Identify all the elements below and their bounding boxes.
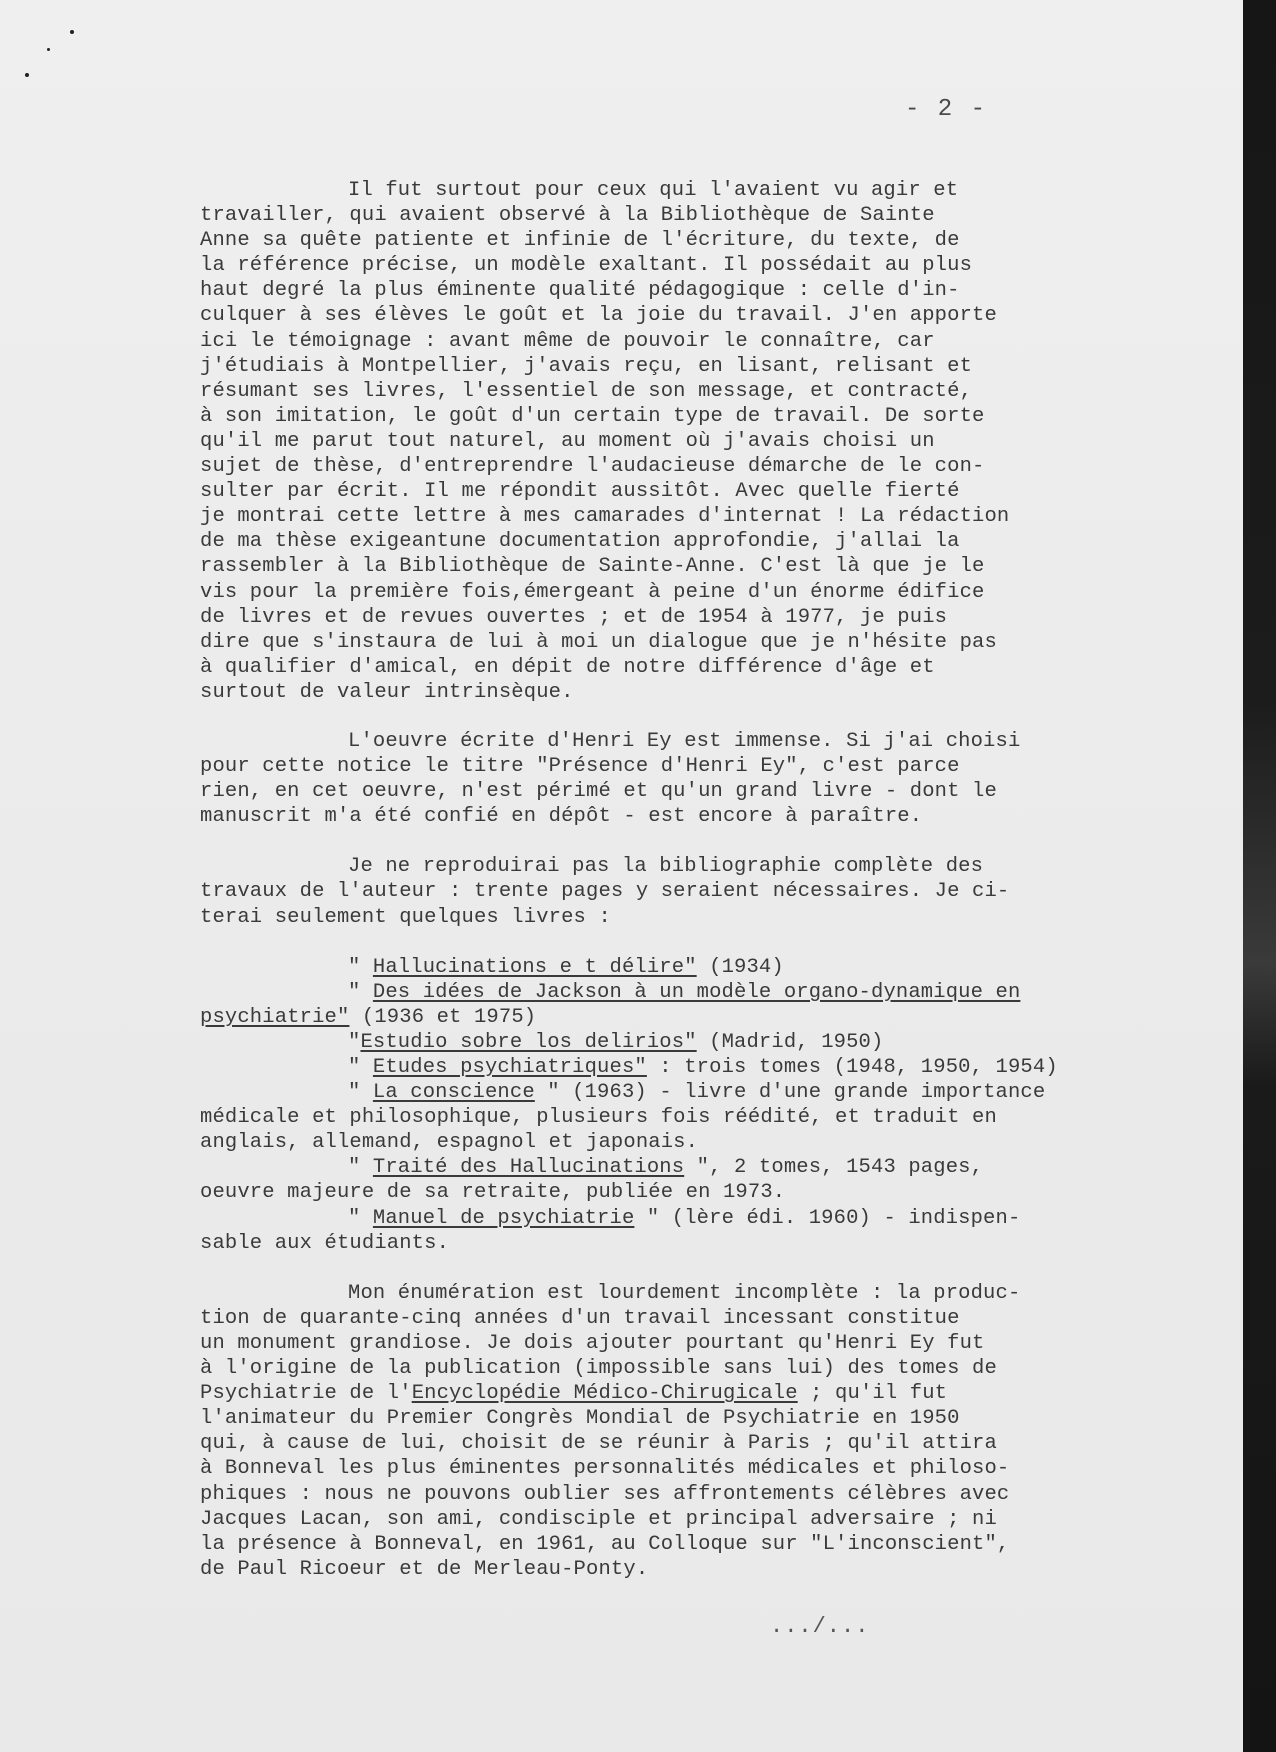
text-line: haut degré la plus éminente qualité péda… [200,278,1200,303]
text-line: Anne sa quête patiente et infinie de l'é… [200,228,1200,253]
text-line: à l'origine de la publication (impossibl… [200,1356,1200,1381]
text-line: de livres et de revues ouvertes ; et de … [200,605,1200,630]
speck-mark [47,48,50,51]
quote-mark: " [348,1056,373,1079]
text-line: la référence précise, un modèle exaltant… [200,253,1200,278]
quote-mark: " [348,1031,360,1054]
text-line: tion de quarante-cinq années d'un travai… [200,1306,1200,1331]
bibliography-entry: " Des idées de Jackson à un modèle organ… [200,980,1200,1005]
text-line: j'étudiais à Montpellier, j'avais reçu, … [200,354,1200,379]
text-line: dire que s'instaura de lui à moi un dial… [200,630,1200,655]
bibliography-continuation: oeuvre majeure de sa retraite, publiée e… [200,1180,1200,1205]
text-line: rien, en cet oeuvre, n'est périmé et qu'… [200,779,1200,804]
book-title: Des idées de Jackson à un modèle organo-… [373,981,1021,1004]
text-fragment: ; qu'il fut [798,1382,947,1405]
book-title: Hallucinations e t délire" [373,956,697,979]
quote-mark: " [348,1156,373,1179]
paragraph-closing: Mon énumération est lourdement incomplèt… [200,1281,1200,1582]
text-line: Il fut surtout pour ceux qui l'avaient v… [200,178,1200,203]
book-title: psychiatrie" [200,1006,349,1029]
text-line: je montrai cette lettre à mes camarades … [200,504,1200,529]
text-line: surtout de valeur intrinsèque. [200,680,1200,705]
speck-mark [70,30,74,34]
text-line: vis pour la première fois,émergeant à pe… [200,580,1200,605]
text-line: de ma thèse exigeantune documentation ap… [200,529,1200,554]
text-line: Je ne reproduirai pas la bibliographie c… [200,854,1200,879]
bibliography-entry: " Manuel de psychiatrie " (lère édi. 196… [200,1206,1200,1231]
book-title: La conscience [373,1081,535,1104]
book-title: Estudio sobre los delirios" [360,1031,696,1054]
book-details: médicale et philosophique, plusieurs foi… [200,1106,997,1129]
bibliography-entry: "Estudio sobre los delirios" (Madrid, 19… [200,1030,1200,1055]
text-line: L'oeuvre écrite d'Henri Ey est immense. … [200,729,1200,754]
text-line: la présence à Bonneval, en 1961, au Coll… [200,1532,1200,1557]
text-line: un monument grandiose. Je dois ajouter p… [200,1331,1200,1356]
scanner-edge [1243,0,1276,1752]
book-details: " (1963) - livre d'une grande importance [535,1081,1046,1104]
text-line: pour cette notice le titre "Présence d'H… [200,754,1200,779]
text-line: de Paul Ricoeur et de Merleau-Ponty. [200,1557,1200,1582]
text-line: à qualifier d'amical, en dépit de notre … [200,655,1200,680]
quote-mark: " [348,981,373,1004]
text-line: ici le témoignage : avant même de pouvoi… [200,329,1200,354]
book-title: Traité des Hallucinations [373,1156,684,1179]
paragraph-tribute: Il fut surtout pour ceux qui l'avaient v… [200,178,1200,705]
bibliography-continuation: sable aux étudiants. [200,1231,1200,1256]
bibliography-continuation: médicale et philosophique, plusieurs foi… [200,1105,1200,1130]
book-details: : trois tomes (1948, 1950, 1954) [647,1056,1058,1079]
continuation-mark: .../... [770,1614,869,1639]
book-details: ", 2 tomes, 1543 pages, [684,1156,983,1179]
book-details: (1936 et 1975) [349,1006,536,1029]
bibliography-entry: " Hallucinations e t délire" (1934) [200,955,1200,980]
book-details: sable aux étudiants. [200,1232,449,1255]
quote-mark: " [348,956,373,979]
text-line: qu'il me parut tout naturel, au moment o… [200,429,1200,454]
text-line: Psychiatrie de l'Encyclopédie Médico-Chi… [200,1381,1200,1406]
bibliography-entry: " La conscience " (1963) - livre d'une g… [200,1080,1200,1105]
text-line: à Bonneval les plus éminentes personnali… [200,1456,1200,1481]
text-line: rassembler à la Bibliothèque de Sainte-A… [200,554,1200,579]
text-line: culquer à ses élèves le goût et la joie … [200,303,1200,328]
book-details: (Madrid, 1950) [697,1031,884,1054]
book-details: anglais, allemand, espagnol et japonais. [200,1131,698,1154]
text-line: à son imitation, le goût d'un certain ty… [200,404,1200,429]
book-details: " (lère édi. 1960) - indispen- [634,1207,1020,1230]
text-line: sulter par écrit. Il me répondit aussitô… [200,479,1200,504]
book-title: Etudes psychiatriques" [373,1056,647,1079]
text-line: travaux de l'auteur : trente pages y ser… [200,879,1200,904]
bibliography-entry: " Traité des Hallucinations ", 2 tomes, … [200,1155,1200,1180]
bibliography-continuation: psychiatrie" (1936 et 1975) [200,1005,1200,1030]
text-line: Jacques Lacan, son ami, condisciple et p… [200,1507,1200,1532]
book-details: oeuvre majeure de sa retraite, publiée e… [200,1181,785,1204]
text-line: Mon énumération est lourdement incomplèt… [200,1281,1200,1306]
body-text: Il fut surtout pour ceux qui l'avaient v… [200,178,1200,1582]
text-line: sujet de thèse, d'entreprendre l'audacie… [200,454,1200,479]
text-line: qui, à cause de lui, choisit de se réuni… [200,1431,1200,1456]
text-line: l'animateur du Premier Congrès Mondial d… [200,1406,1200,1431]
text-line: terai seulement quelques livres : [200,905,1200,930]
book-details: (1934) [697,956,784,979]
text-fragment: Psychiatrie de l' [200,1382,412,1405]
quote-mark: " [348,1207,373,1230]
encyclopedia-title: Encyclopédie Médico-Chirugicale [412,1382,798,1405]
speck-mark [25,73,29,77]
book-title: Manuel de psychiatrie [373,1207,635,1230]
bibliography-continuation: anglais, allemand, espagnol et japonais. [200,1130,1200,1155]
paragraph-bibliography-intro: Je ne reproduirai pas la bibliographie c… [200,854,1200,929]
text-line: manuscrit m'a été confié en dépôt - est … [200,804,1200,829]
page-number: - 2 - [905,96,987,123]
text-line: phiques : nous ne pouvons oublier ses af… [200,1482,1200,1507]
bibliography-entry: " Etudes psychiatriques" : trois tomes (… [200,1055,1200,1080]
quote-mark: " [348,1081,373,1104]
paragraph-oeuvre: L'oeuvre écrite d'Henri Ey est immense. … [200,729,1200,829]
text-line: travailler, qui avaient observé à la Bib… [200,203,1200,228]
text-line: résumant ses livres, l'essentiel de son … [200,379,1200,404]
bibliography-list: " Hallucinations e t délire" (1934)" Des… [200,955,1200,1256]
